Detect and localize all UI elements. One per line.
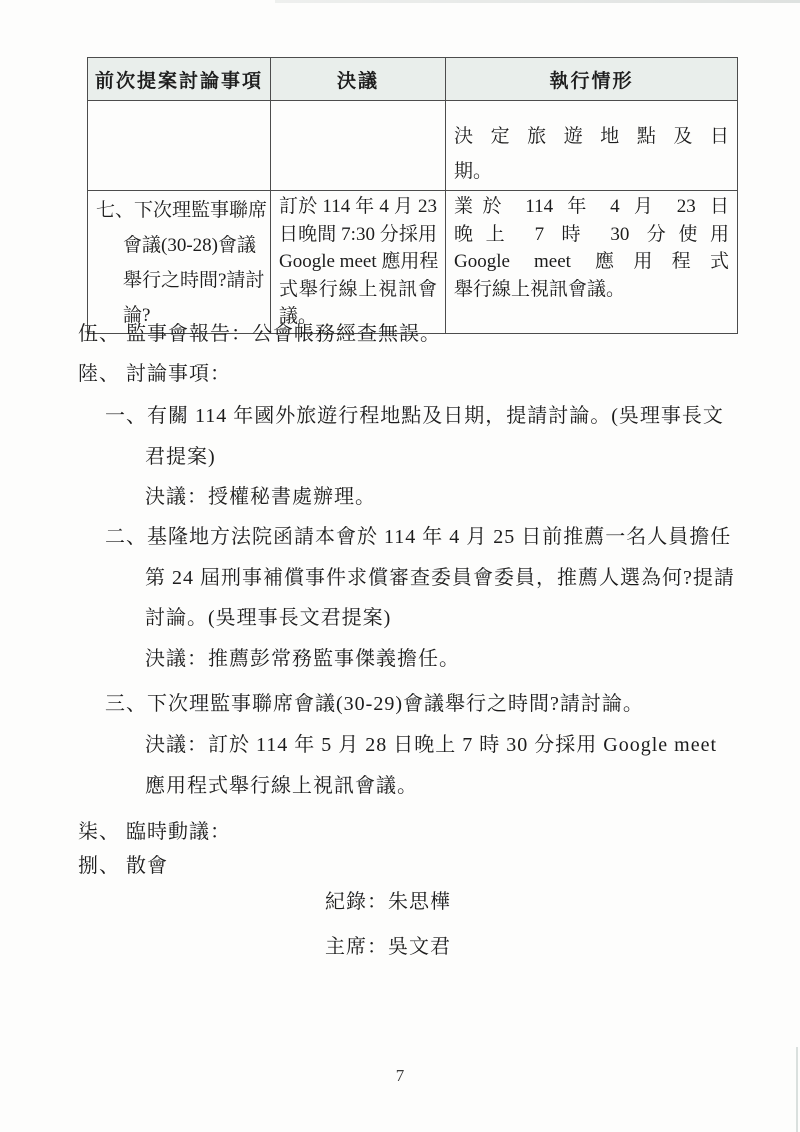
table-row: 決定旅遊地點及日期。: [88, 101, 738, 191]
discussion-item-3: 三、下次理監事聯席會議(30-29)會議舉行之時間?請討論。: [105, 690, 644, 718]
recorder-signature: 紀錄：朱思樺: [325, 888, 451, 916]
cell-proposal: [88, 101, 271, 191]
cell-resolution: 訂於 114 年 4 月 23日晚間 7:30 分採用Google meet 應…: [271, 191, 446, 334]
scan-artifact-top: [275, 0, 800, 3]
cell-proposal: 七、下次理監事聯席會議(30-28)會議舉行之時間?請討論?: [88, 191, 271, 334]
discussion-item-1: 一、有關 114 年國外旅遊行程地點及日期，提請討論。(吳理事長文: [105, 402, 724, 430]
header-execution-status: 執行情形: [446, 58, 738, 101]
resolution-3-cont: 應用程式舉行線上視訊會議。: [145, 772, 418, 800]
header-previous-proposal: 前次提案討論事項: [88, 58, 271, 101]
previous-proposals-table: 前次提案討論事項 決議 執行情形 決定旅遊地點及日期。 七、下次理監事聯席會議(…: [87, 57, 738, 334]
discussion-item-2: 二、基隆地方法院函請本會於 114 年 4 月 25 日前推薦一名人員擔任: [105, 523, 731, 551]
cell-execution: 決定旅遊地點及日期。: [446, 101, 738, 191]
page-number: 7: [0, 1066, 800, 1086]
discussion-item-2-cont-2: 討論。(吳理事長文君提案): [145, 604, 391, 632]
table-row: 七、下次理監事聯席會議(30-28)會議舉行之時間?請討論? 訂於 114 年 …: [88, 191, 738, 334]
section-7-extempore-motions: 柒、 臨時動議：: [78, 818, 231, 846]
resolution-3: 決議：訂於 114 年 5 月 28 日晚上 7 時 30 分採用 Google…: [145, 731, 717, 759]
scan-artifact-right: [796, 1047, 798, 1132]
section-6-discussion-items: 陸、 討論事項：: [78, 360, 231, 388]
cell-resolution: [271, 101, 446, 191]
discussion-item-1-cont: 君提案): [145, 443, 216, 471]
chairman-signature: 主席：吳文君: [325, 933, 451, 961]
scanned-document-page: 前次提案討論事項 決議 執行情形 決定旅遊地點及日期。 七、下次理監事聯席會議(…: [0, 0, 800, 1132]
discussion-item-2-cont: 第 24 屆刑事補償事件求償審查委員會委員，推薦人選為何?提請: [145, 564, 735, 592]
cell-execution: 業於 114 年 4 月 23 日晚上 7 時 30 分使用Google mee…: [446, 191, 738, 334]
header-resolution: 決議: [271, 58, 446, 101]
section-8-adjournment: 捌、 散會: [78, 852, 168, 880]
table-header-row: 前次提案討論事項 決議 執行情形: [88, 58, 738, 101]
section-5-supervisors-report: 伍、 監事會報告：公會帳務經查無誤。: [78, 320, 441, 348]
resolution-2: 決議：推薦彭常務監事傑義擔任。: [145, 645, 460, 673]
resolution-1: 決議：授權秘書處辦理。: [145, 483, 376, 511]
